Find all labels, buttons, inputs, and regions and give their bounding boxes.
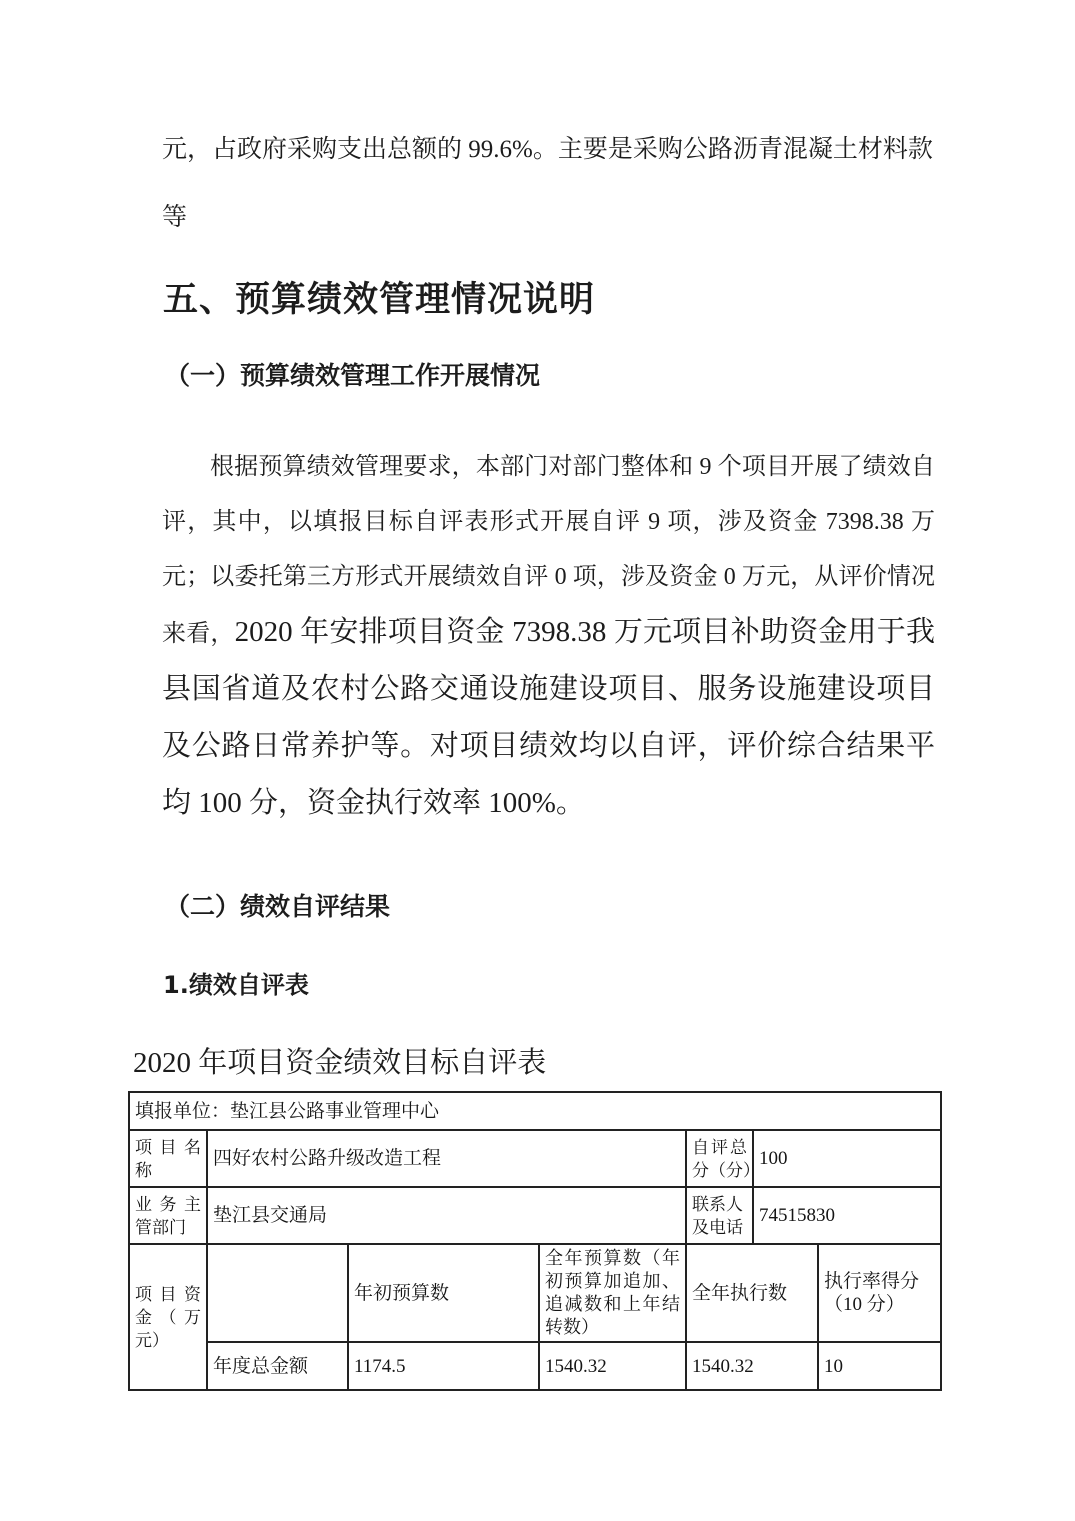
dept-label-line: 业务主: [135, 1193, 201, 1216]
subsection-heading-1: （一）预算绩效管理工作开展情况: [165, 360, 935, 392]
exec-rate-header-cell: 执行率得分 （10 分）: [818, 1244, 941, 1342]
document-page: 元，占政府采购支出总额的 99.6%。主要是采购公路沥青混凝土材料款 等 五、预…: [0, 0, 1075, 1521]
subsection-heading-2: （二）绩效自评结果: [165, 891, 935, 923]
dept-label-line: 管部门: [135, 1216, 201, 1239]
full-year-budget-header-cell: 全年预算数（年初预算加追加、追减数和上年结转数）: [539, 1244, 686, 1342]
project-name-value-cell: 四好农村公路升级改造工程: [207, 1130, 686, 1187]
self-score-label-line: 分（分）: [692, 1159, 747, 1182]
exec-rate-header-line: 执行率得分: [824, 1270, 935, 1293]
intro-paragraph: 元，占政府采购支出总额的 99.6%。主要是采购公路沥青混凝土材料款 等: [162, 116, 935, 252]
project-funds-label-line: 金（万: [135, 1306, 201, 1329]
exec-rate-header-line: （10 分）: [824, 1293, 935, 1316]
project-funds-label-cell: 项目资 金（万 元）: [129, 1244, 207, 1390]
full-year-exec-value-cell: 1540.32: [686, 1342, 818, 1390]
contact-label-line: 联系人: [692, 1193, 747, 1216]
contact-label-line: 及电话: [692, 1216, 747, 1239]
project-funds-label-line: 项目资: [135, 1283, 201, 1306]
section-heading: 五、预算绩效管理情况说明: [163, 278, 935, 322]
self-eval-table: 填报单位：垫江县公路事业管理中心 项目名 称 四好农村公路升级改造工程 自评总 …: [128, 1091, 942, 1391]
full-year-exec-header-cell: 全年执行数: [686, 1244, 818, 1342]
project-name-label-cell: 项目名 称: [129, 1130, 207, 1187]
intro-line-1: 元，占政府采购支出总额的 99.6%。主要是采购公路沥青混凝土材料款: [162, 116, 935, 184]
contact-label-cell: 联系人 及电话: [686, 1187, 753, 1244]
self-score-label-cell: 自评总 分（分）: [686, 1130, 753, 1187]
dept-value-cell: 垫江县交通局: [207, 1187, 686, 1244]
initial-budget-value-cell: 1174.5: [348, 1342, 539, 1390]
exec-rate-value-cell: 10: [818, 1342, 941, 1390]
list-item-heading: 1.绩效自评表: [163, 969, 935, 1001]
full-year-budget-value-cell: 1540.32: [539, 1342, 686, 1390]
table-row: 项目资 金（万 元） 年初预算数 全年预算数（年初预算加追加、追减数和上年结转数…: [129, 1244, 941, 1342]
project-name-label-line: 称: [135, 1159, 201, 1182]
table-row: 项目名 称 四好农村公路升级改造工程 自评总 分（分） 100: [129, 1130, 941, 1187]
self-score-value-cell: 100: [753, 1130, 941, 1187]
project-funds-label-line: 元）: [135, 1329, 201, 1352]
contact-value-cell: 74515830: [753, 1187, 941, 1244]
project-name-label-line: 项目名: [135, 1136, 201, 1159]
table-row: 年度总金额 1174.5 1540.32 1540.32 10: [129, 1342, 941, 1390]
annual-total-label-cell: 年度总金额: [207, 1342, 348, 1390]
table-row: 填报单位：垫江县公路事业管理中心: [129, 1092, 941, 1130]
initial-budget-header-cell: 年初预算数: [348, 1244, 539, 1342]
table-row: 业务主 管部门 垫江县交通局 联系人 及电话 74515830: [129, 1187, 941, 1244]
body-paragraph: 根据预算绩效管理要求，本部门对部门整体和 9 个项目开展了绩效自评，其中，以填报…: [162, 440, 935, 833]
report-unit-cell: 填报单位：垫江县公路事业管理中心: [129, 1092, 941, 1130]
table-title: 2020 年项目资金绩效目标自评表: [133, 1043, 1075, 1083]
body-paragraph-emphasis-text: 2020 年安排项目资金 7398.38 万元项目补助资金用于我县国省道及农村公…: [162, 616, 935, 819]
intro-line-2: 等: [162, 184, 935, 252]
dept-label-cell: 业务主 管部门: [129, 1187, 207, 1244]
self-score-label-line: 自评总: [692, 1136, 747, 1159]
funds-blank-cell: [207, 1244, 348, 1342]
